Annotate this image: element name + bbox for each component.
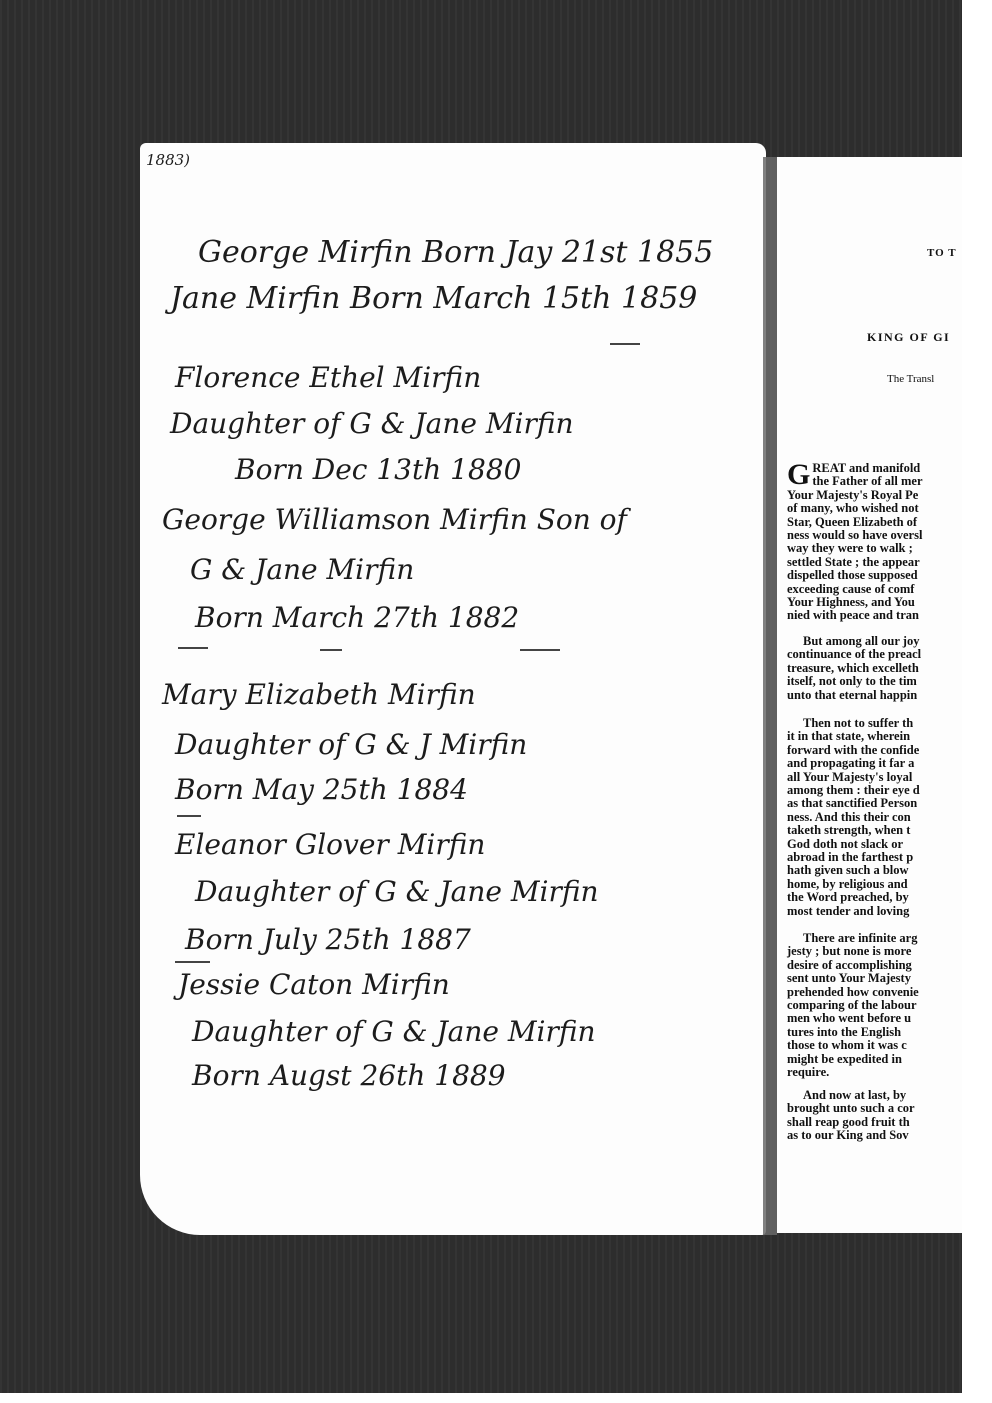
text-line: shall reap good fruit th [787,1116,962,1129]
text-line: require. [787,1066,962,1079]
entry-line: Daughter of G & Jane Mirfin [170,407,574,440]
heading-to: TO T [927,247,957,259]
heading-translators: The Transl [887,373,934,385]
text-line: nied with peace and tran [787,609,962,622]
book-gutter [763,157,777,1235]
text-line: Your Majesty's Royal Pe [787,489,962,502]
text-line: There are infinite arg [787,932,962,945]
paragraph-4: There are infinite arg jesty ; but none … [787,932,962,1079]
text-line: way they were to walk ; [787,542,962,555]
text-line: hath given such a blow [787,864,962,877]
text-line: jesty ; but none is more [787,945,962,958]
text-line: of many, who wished not [787,502,962,515]
entry-line: Jessie Caton Mirfin [178,968,450,1001]
text-line: abroad in the farthest p [787,851,962,864]
text-line: treasure, which excelleth [787,662,962,675]
entry-line: Born May 25th 1884 [175,773,468,806]
text-line: dispelled those supposed [787,569,962,582]
text-line: tures into the English [787,1026,962,1039]
text-line: God doth not slack or [787,838,962,851]
text-line: itself, not only to the tim [787,675,962,688]
text-line: the Word preached, by [787,891,962,904]
handwritten-register-page: 1883) George Mirfin Born Jay 21st 1855 J… [140,143,766,1235]
entry-line: Daughter of G & Jane Mirfin [192,1015,596,1048]
entry-line: Mary Elizabeth Mirfin [162,678,476,711]
text-line: those to whom it was c [787,1039,962,1052]
entry-line: Born July 25th 1887 [185,923,471,956]
text-line: comparing of the labour [787,999,962,1012]
entry-line: Born March 27th 1882 [195,601,519,634]
entry-line: George Mirfin Born Jay 21st 1855 [198,235,713,270]
corner-note: 1883) [146,151,190,169]
entry-line: Daughter of G & Jane Mirfin [195,875,599,908]
divider [520,649,560,651]
text-line: taketh strength, when t [787,824,962,837]
text-line: among them : their eye d [787,784,962,797]
text-line: the Father of all mer [787,475,962,488]
entry-line: George Williamson Mirfin Son of [162,503,627,536]
text-line: And now at last, by [787,1089,962,1102]
text-line: and propagating it far a [787,757,962,770]
text-line: prehended how convenie [787,986,962,999]
text-line: might be expedited in [787,1053,962,1066]
text-line: brought unto such a cor [787,1102,962,1115]
entry-line: Florence Ethel Mirfin [175,361,481,394]
entry-line: Born Dec 13th 1880 [235,453,521,486]
text-line: REAT and manifold [787,462,962,475]
divider [320,649,342,651]
text-line: ness. And this their con [787,811,962,824]
paragraph-2: But among all our joy continuance of the… [787,635,962,702]
text-line: most tender and loving [787,905,962,918]
entry-line: G & Jane Mirfin [190,553,414,586]
text-line: unto that eternal happin [787,689,962,702]
divider [175,961,210,963]
text-line: continuance of the preacl [787,648,962,661]
heading-king: KING OF GI [867,330,950,345]
divider [610,343,640,345]
text-line: But among all our joy [787,635,962,648]
text-line: desire of accomplishing [787,959,962,972]
entry-line: Born Augst 26th 1889 [192,1059,506,1092]
text-line: as that sanctified Person [787,797,962,810]
entry-line: Daughter of G & J Mirfin [175,728,527,761]
text-line: it in that state, wherein [787,730,962,743]
text-line: as to our King and Sov [787,1129,962,1142]
text-line: Then not to suffer th [787,717,962,730]
paragraph-1: G REAT and manifold the Father of all me… [787,462,962,623]
text-line: Your Highness, and You [787,596,962,609]
drop-cap: G [787,462,810,488]
text-line: forward with the confide [787,744,962,757]
text-line: home, by religious and [787,878,962,891]
text-line: Star, Queen Elizabeth of [787,516,962,529]
text-line: sent unto Your Majesty [787,972,962,985]
paragraph-3: Then not to suffer th it in that state, … [787,717,962,918]
text-line: settled State ; the appear [787,556,962,569]
paragraph-5: And now at last, by brought unto such a … [787,1089,962,1143]
printed-dedication-page: TO T KING OF GI The Transl G REAT and ma… [777,157,962,1233]
text-line: exceeding cause of comf [787,583,962,596]
text-line: men who went before u [787,1012,962,1025]
divider [177,815,201,817]
entry-line: Jane Mirfin Born March 15th 1859 [170,281,697,316]
text-line: ness would so have oversl [787,529,962,542]
divider [178,647,208,649]
text-line: all Your Majesty's loyal [787,771,962,784]
entry-line: Eleanor Glover Mirfin [175,828,485,861]
